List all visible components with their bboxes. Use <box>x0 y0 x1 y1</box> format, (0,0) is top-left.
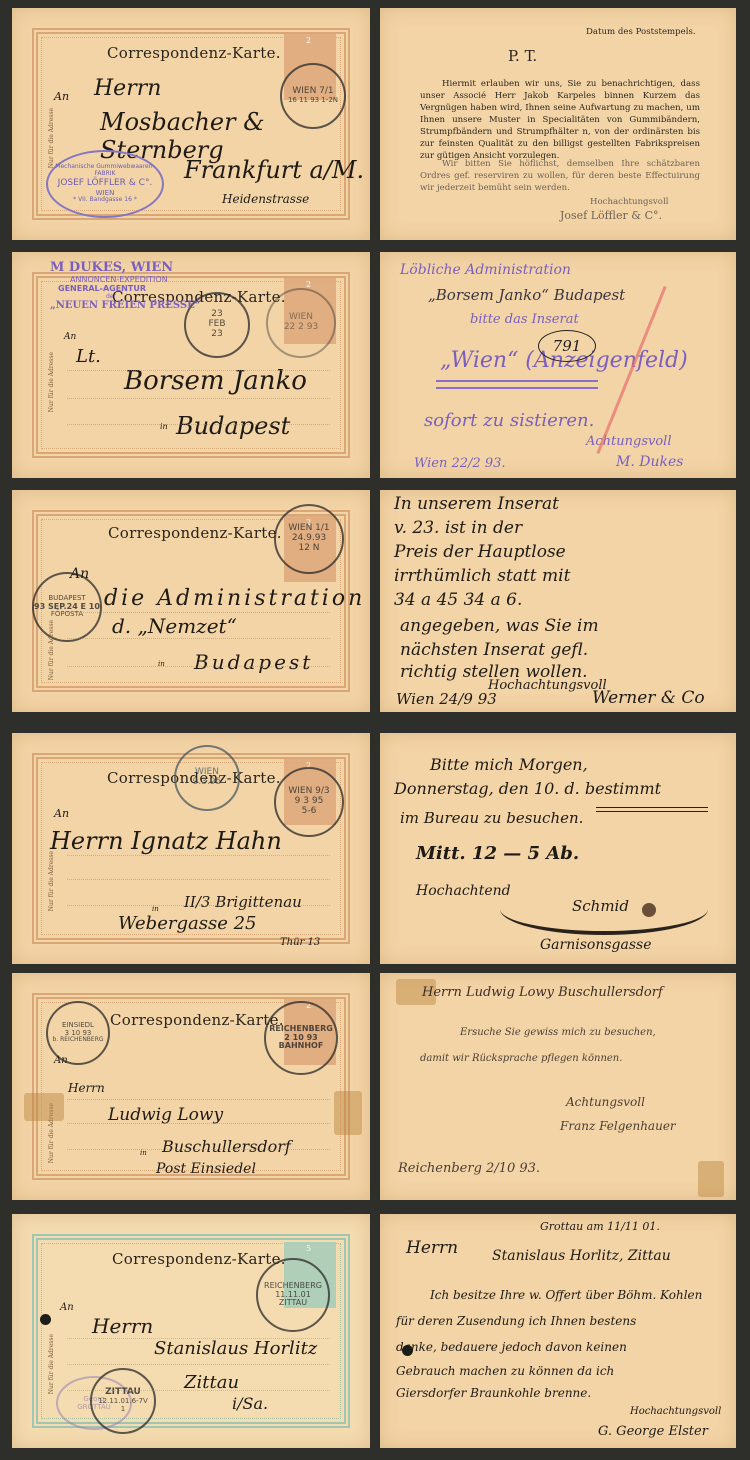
address-line: die Administration <box>104 586 365 611</box>
tape-stain <box>698 1161 724 1197</box>
postcard-4-back: Bitte mich Morgen, Donnerstag, den 10. d… <box>380 733 736 964</box>
address-line: Buschullersdorf <box>162 1137 291 1156</box>
postcard-6-front: Correspondenz-Karte. 5 REICHENBERG11.11.… <box>12 1214 370 1448</box>
message-line: Löbliche Administration <box>400 262 571 278</box>
an-label: An <box>60 1302 74 1313</box>
address-line: Stanislaus Horlitz <box>154 1338 317 1359</box>
signature: Werner & Co <box>592 688 705 708</box>
message-line: „Borsem Janko“ Budapest <box>428 286 625 304</box>
address-line: Herrn Ignatz Hahn <box>50 827 282 855</box>
postcard-3-front: Correspondenz-Karte. 2 WIEN 1/124.9.9312… <box>12 490 370 712</box>
postmark-budapest: BUDAPEST93 SEP.24 E 10FŐPOSTA <box>32 572 102 642</box>
address-line: Ludwig Lowy <box>108 1105 223 1125</box>
postmark-wien: WIEN22 2 93 <box>266 288 336 358</box>
postmark-zittau: ZITTAU12.11.01.6-7V1 <box>90 1368 156 1434</box>
address-line: Heidenstrasse <box>222 192 309 206</box>
salutation: P. T. <box>508 50 537 62</box>
address-line: Budapest <box>176 412 290 440</box>
address-line: II/3 Brigittenau <box>184 893 302 911</box>
date: Reichenberg 2/10 93. <box>398 1161 540 1176</box>
address-line: i/Sa. <box>232 1394 268 1413</box>
an-label: An <box>64 332 76 342</box>
salutation: Herrn <box>406 1238 458 1258</box>
postcard-5-front: Correspondenz-Karte. 2 EINSIEDL3 10 93b.… <box>12 973 370 1200</box>
postmark-wien-1: WIEN9.3.95 <box>174 745 240 811</box>
closing: Hochachtungsvoll <box>488 678 607 693</box>
signature: G. George Elster <box>598 1424 708 1439</box>
punch-hole <box>40 1314 51 1325</box>
postcard-5-back: Herrn Ludwig Lowy Buschullersdorf Ersuch… <box>380 973 736 1200</box>
closing: Hochachtungsvoll <box>590 196 668 208</box>
stamp-value: 2 <box>306 36 311 45</box>
message-line: damit wir Rücksprache pflegen können. <box>420 1053 622 1064</box>
message-line: v. 23. ist in der <box>394 518 522 538</box>
postcard-1-front: Correspondenz-Karte. 2 WIEN 7/116 11 93 … <box>12 8 370 240</box>
message-line: Herrn Ludwig Lowy Buschullersdorf <box>422 985 663 1000</box>
closing: Hochachtend <box>416 883 511 899</box>
postcard-1-back: Datum des Poststempels. P. T. Hiermit er… <box>380 8 736 240</box>
address-line: Herrn <box>94 76 161 101</box>
tape-stain <box>24 1093 64 1121</box>
date: Wien 22/2 93. <box>414 456 506 471</box>
address-line: d. „Nemzet“ <box>112 614 237 638</box>
date: Wien 24/9 93 <box>396 690 497 708</box>
door-number: Thür 13 <box>280 937 320 948</box>
message-line: sofort zu sistieren. <box>424 410 594 431</box>
message-line: Giersdorfer Braunkohle brenne. <box>396 1386 591 1400</box>
address-line: in <box>140 1149 147 1157</box>
message-line: Mitt. 12 — 5 Ab. <box>416 843 579 864</box>
circled-number: 791 <box>538 330 596 362</box>
punch-hole <box>402 1345 413 1356</box>
an-label: An <box>54 807 69 820</box>
postcard-2-back: Löbliche Administration „Borsem Janko“ B… <box>380 252 736 478</box>
message-line: danke, bedauere jedoch davon keinen <box>396 1340 627 1354</box>
an-label: An <box>54 1055 68 1066</box>
message-line: Donnerstag, den 10. d. bestimmt <box>394 779 661 798</box>
double-underline <box>436 380 598 389</box>
message-line: Ersuche Sie gewiss mich zu besuchen, <box>460 1027 656 1038</box>
vertical-note: Nur für die Adresse <box>48 620 55 680</box>
underline <box>596 807 708 812</box>
vertical-note: Nur für die Adresse <box>48 352 55 412</box>
card-title: Correspondenz-Karte. <box>112 1250 286 1268</box>
address-line: Budapest <box>194 650 313 674</box>
place-date: Grottau am 11/11 01. <box>540 1220 660 1233</box>
recipient: Stanislaus Horlitz, Zittau <box>492 1248 671 1264</box>
message-line: Preis der Hauptlose <box>394 542 566 562</box>
signature: Josef Löffler & C°. <box>560 210 662 222</box>
message-line: Bitte mich Morgen, <box>430 755 588 774</box>
address-line: Herrn <box>68 1081 105 1095</box>
advertiser-stamp: M DUKES, WIEN ANNONCEN-EXPEDITION GENERA… <box>50 260 200 311</box>
address-line: Herrn <box>92 1314 153 1338</box>
message-line: In unserem Inserat <box>394 494 559 514</box>
address-line: Frankfurt a/M. <box>184 156 364 184</box>
signature: Franz Felgenhauer <box>560 1119 676 1133</box>
postmark-wien: WIEN 1/124.9.9312 N <box>274 504 344 574</box>
message-line: bitte das Inserat <box>470 312 579 327</box>
address-line: Webergasse 25 <box>118 913 256 934</box>
address-line: Lt. <box>76 346 101 367</box>
message-line: im Bureau zu besuchen. <box>400 809 583 827</box>
message-line: für deren Zusendung ich Ihnen bestens <box>396 1314 636 1328</box>
message-line: angegeben, was Sie im <box>400 616 599 636</box>
company-oval-stamp: Mechanische Gummiwebwaaren- FABRIK JOSEF… <box>46 150 164 218</box>
signature-flourish <box>500 909 708 935</box>
card-title: Correspondenz-Karte. <box>107 44 281 62</box>
postmark-wien-2: WIEN 9/39 3 955-6 <box>274 767 344 837</box>
postcard-2-front: Correspondenz-Karte. 2 23FEB23 WIEN22 2 … <box>12 252 370 478</box>
address-line: An <box>70 566 89 582</box>
message-line: 34 a 45 34 a 6. <box>394 590 522 610</box>
card-title: Correspondenz-Karte. <box>108 524 282 542</box>
message-line: Ich besitze Ihre w. Offert über Böhm. Ko… <box>430 1288 702 1302</box>
postcard-3-back: In unserem Inserat v. 23. ist in der Pre… <box>380 490 736 712</box>
vertical-note: Nur für die Adresse <box>48 1334 55 1394</box>
address-line: Post Einsiedel <box>156 1161 256 1177</box>
street: Garnisonsgasse <box>540 937 652 953</box>
message-line: Gebrauch machen zu können da ich <box>396 1364 614 1378</box>
signature: M. Dukes <box>616 454 683 470</box>
vertical-note: Nur für die Adresse <box>48 108 55 168</box>
closing: Hochachtungsvoll <box>630 1406 721 1417</box>
message-line: nächsten Inserat gefl. <box>400 640 588 660</box>
tape-stain <box>334 1091 362 1135</box>
card-title: Correspondenz-Karte. <box>110 1011 284 1029</box>
closing: Achtungsvoll <box>566 1095 645 1109</box>
letter-paragraph: Wir bitten Sie höflichst, demselben Ihre… <box>420 158 700 194</box>
date-label: Datum des Poststempels. <box>586 26 696 38</box>
vertical-note: Nur für die Adresse <box>48 851 55 911</box>
message-line: irrthümlich statt mit <box>394 566 570 586</box>
postcard-6-back: Grottau am 11/11 01. Herrn Stanislaus Ho… <box>380 1214 736 1448</box>
an-label: An <box>54 90 69 103</box>
postmark-reichenberg: REICHENBERG2 10 93BAHNHOF <box>264 1001 338 1075</box>
address-line: in <box>152 905 159 913</box>
ink-blot <box>642 903 656 917</box>
postcard-4-front: Correspondenz-Karte. 2 WIEN9.3.95 WIEN 9… <box>12 733 370 964</box>
postmark-reichenberg-zittau: REICHENBERG11.11.01ZITTAU <box>256 1258 330 1332</box>
letter-paragraph: Hiermit erlauben wir uns, Sie zu benachr… <box>420 78 700 162</box>
